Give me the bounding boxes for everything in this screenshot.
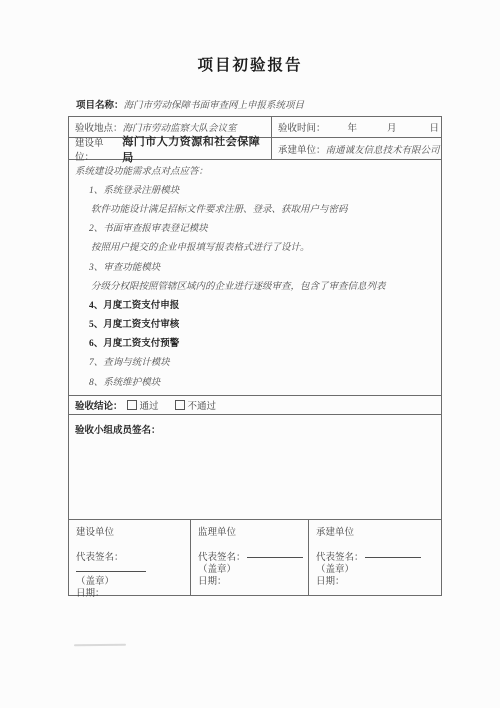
builder-unit-value: 海门市人力资源和社会保障局 [122,133,271,165]
contractor-unit-cell: 承建单位：南通诚友信息技术有限公司 [272,138,441,159]
signature-line [247,557,303,558]
requirement-item: 5、月度工资支付审核 [75,314,435,333]
footer-date-label: 日期： [76,588,190,600]
project-name-label: 项目名称： [76,101,124,111]
requirement-item: 6、月度工资支付预警 [75,333,435,352]
requirement-item: 4、月度工资支付申报 [75,294,435,313]
conclusion-pass-label: 通过 [140,398,159,412]
footer-column-contractor: 承建单位 代表签名： （盖章） 日期： [309,520,441,595]
footer-date-label: 日期： [198,576,308,588]
requirements-section: 系统建设功能需求点对点应答： 1、系统登录注册模块 软件功能设计满足招标文件要求… [69,159,441,395]
footer-sign-label: 代表签名： [76,552,190,564]
footer-date-label: 日期： [316,576,441,588]
footer-column-builder: 建设单位 代表签名： （盖章） 日期： [69,520,191,595]
acceptance-time-label: 验收时间： [278,120,326,134]
footer-seal-label: （盖章） [76,576,190,588]
year-label: 年 [348,120,358,134]
requirement-description: 按照用户提交的企业申报填写报表格式进行了设计。 [75,237,435,256]
signature-line [76,571,146,572]
conclusion-option-pass: 通过 [127,398,159,412]
checkbox-icon [127,400,137,410]
contractor-unit-label: 承建单位： [278,142,326,156]
requirement-item: 1、系统登录注册模块 [75,179,435,198]
builder-unit-cell: 建设单位：海门市人力资源和社会保障局 [69,138,272,159]
day-label: 日 [430,120,440,134]
requirement-item: 3、审查功能模块 [75,256,435,275]
footer-sign-label: 代表签名： [198,553,246,563]
footer-column-supervisor: 监理单位 代表签名： （盖章） 日期： [191,520,309,595]
footer-seal-label: （盖章） [316,564,441,576]
scan-artifact [74,644,126,647]
footer-unit-name: 建设单位 [76,527,190,539]
signature-panel-label: 验收小组成员签名： [75,422,161,436]
conclusion-row: 验收结论： 通过 不通过 [69,395,441,414]
requirement-item: 8、系统维护模块 [75,371,435,390]
footer-seal-label: （盖章） [198,564,308,576]
requirement-item: 2、书面审查报审表登记模块 [75,218,435,237]
conclusion-fail-label: 不通过 [188,398,217,412]
acceptance-report-table: 验收地点：海门市劳动监察大队会议室 验收时间： 年 月 日 建设单位：海门市人力… [68,116,442,596]
builder-unit-label: 建设单位： [75,135,122,163]
checkbox-icon [175,400,185,410]
table-row: 建设单位：海门市人力资源和社会保障局 承建单位：南通诚友信息技术有限公司 [69,137,441,159]
requirement-item: 7、查询与统计模块 [75,352,435,371]
requirement-description: 分级分权限按照管辖区域内的企业进行逐级审查，包含了审查信息列表 [75,275,435,294]
footer-signature-row: 建设单位 代表签名： （盖章） 日期： 监理单位 代表签名： （盖章） 日期： … [69,519,441,595]
contractor-unit-value: 南通诚友信息技术有限公司 [326,142,440,156]
project-name-value: 海门市劳动保障书面审查网上申报系统项目 [124,101,305,111]
month-label: 月 [387,120,397,134]
requirement-description: 软件功能设计满足招标文件要求注册、登录、获取用户与密码 [75,198,435,217]
scanned-report-page: 项目初验报告 项目名称：海门市劳动保障书面审查网上申报系统项目 验收地点：海门市… [0,0,500,708]
acceptance-location-label: 验收地点： [75,120,123,134]
signature-panel: 验收小组成员签名： [69,414,441,519]
acceptance-time-cell: 验收时间： 年 月 日 [272,117,441,137]
conclusion-option-fail: 不通过 [175,398,217,412]
page-title: 项目初验报告 [0,53,500,75]
footer-unit-name: 监理单位 [198,527,308,539]
signature-line [365,557,421,558]
footer-unit-name: 承建单位 [316,527,441,539]
footer-sign-label: 代表签名： [316,553,364,563]
conclusion-label: 验收结论： [75,398,123,412]
project-name-line: 项目名称：海门市劳动保障书面审查网上申报系统项目 [76,97,304,111]
